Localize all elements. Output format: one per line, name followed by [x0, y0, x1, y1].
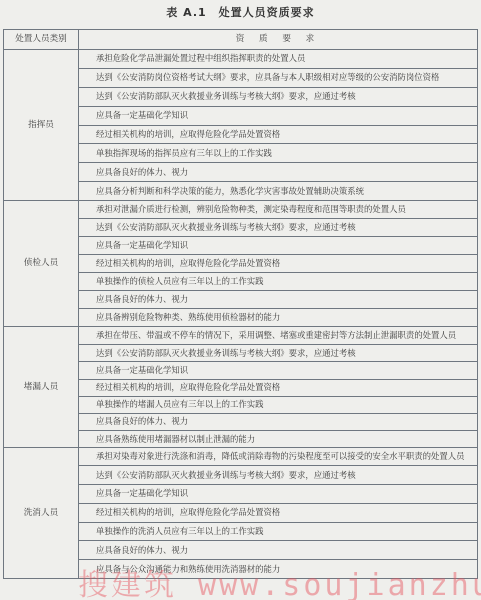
- requirement-cell: 承担在带压、带温或不停车的情况下，采用调整、堵塞或重建密封等方法制止泄漏职责的处…: [79, 327, 478, 345]
- table-header-row: 处置人员类别 资 质 要 求: [4, 30, 478, 50]
- requirement-cell: 达到《公安消防岗位资格考试大纲》要求，应具备与本人职级相对应等级的公安消防岗位资…: [79, 68, 478, 87]
- header-category: 处置人员类别: [4, 30, 79, 50]
- requirement-cell: 单独操作的堵漏人员应有三年以上的工作实践: [79, 396, 478, 413]
- group-decontamination: 洗消人员 承担对染毒对象进行洗涤和消毒，降低或消除毒物的污染程度至可以接受的安全…: [4, 448, 478, 579]
- requirement-cell: 达到《公安消防部队灭火救援业务训练与考核大纲》要求，应通过考核: [79, 345, 478, 362]
- requirement-cell: 单独指挥现场的指挥员应有三年以上的工作实践: [79, 144, 478, 163]
- requirement-cell: 应具备一定基础化学知识: [79, 485, 478, 504]
- requirement-cell: 经过相关机构的培训，应取得危险化学品处置资格: [79, 379, 478, 396]
- category-cell: 堵漏人员: [4, 327, 79, 448]
- requirement-cell: 应具备良好的体力、视力: [79, 541, 478, 560]
- requirement-cell: 承担危险化学品泄漏处置过程中组织指挥职责的处置人员: [79, 50, 478, 69]
- requirement-cell: 应具备与公众沟通能力和熟练使用洗消器材的能力: [79, 560, 478, 579]
- requirement-cell: 达到《公安消防部队灭火救援业务训练与考核大纲》要求，应通过考核: [79, 87, 478, 106]
- group-commander: 指挥员 承担危险化学品泄漏处置过程中组织指挥职责的处置人员 达到《公安消防岗位资…: [4, 50, 478, 201]
- requirement-cell: 单独操作的洗消人员应有三年以上的工作实践: [79, 522, 478, 541]
- requirement-cell: 应具备熟练使用堵漏器材以制止泄漏的能力: [79, 431, 478, 448]
- requirement-cell: 应具备良好的体力、视力: [79, 163, 478, 182]
- requirement-cell: 经过相关机构的培训，应取得危险化学品处置资格: [79, 255, 478, 273]
- requirement-cell: 应具备良好的体力、视力: [79, 291, 478, 309]
- requirement-cell: 经过相关机构的培训，应取得危险化学品处置资格: [79, 503, 478, 522]
- category-cell: 侦检人员: [4, 201, 79, 327]
- table-row: 堵漏人员 承担在带压、带温或不停车的情况下，采用调整、堵塞或重建密封等方法制止泄…: [4, 327, 478, 345]
- requirement-cell: 应具备分析判断和科学决策的能力，熟悉化学灾害事故处置辅助决策系统: [79, 182, 478, 201]
- requirement-cell: 达到《公安消防部队灭火救援业务训练与考核大纲》要求，应通过考核: [79, 466, 478, 485]
- requirement-cell: 单独操作的侦检人员应有三年以上的工作实践: [79, 273, 478, 291]
- requirement-cell: 达到《公安消防部队灭火救援业务训练与考核大纲》要求，应通过考核: [79, 219, 478, 237]
- group-plugging: 堵漏人员 承担在带压、带温或不停车的情况下，采用调整、堵塞或重建密封等方法制止泄…: [4, 327, 478, 448]
- header-requirements: 资 质 要 求: [79, 30, 478, 50]
- requirement-cell: 应具备良好的体力、视力: [79, 413, 478, 430]
- requirement-cell: 应具备一定基础化学知识: [79, 106, 478, 125]
- table-row: 指挥员 承担危险化学品泄漏处置过程中组织指挥职责的处置人员: [4, 50, 478, 69]
- requirement-cell: 承担对泄漏介质进行检测，辨别危险物种类，测定染毒程度和范围等职责的处置人员: [79, 201, 478, 219]
- requirement-cell: 经过相关机构的培训，应取得危险化学品处置资格: [79, 125, 478, 144]
- requirement-cell: 应具备一定基础化学知识: [79, 237, 478, 255]
- group-detection: 侦检人员 承担对泄漏介质进行检测，辨别危险物种类，测定染毒程度和范围等职责的处置…: [4, 201, 478, 327]
- qualification-table: 处置人员类别 资 质 要 求 指挥员 承担危险化学品泄漏处置过程中组织指挥职责的…: [3, 29, 478, 579]
- table-row: 侦检人员 承担对泄漏介质进行检测，辨别危险物种类，测定染毒程度和范围等职责的处置…: [4, 201, 478, 219]
- category-cell: 洗消人员: [4, 448, 79, 579]
- requirement-cell: 应具备辨别危险物种类、熟练使用侦检器材的能力: [79, 309, 478, 327]
- category-cell: 指挥员: [4, 50, 79, 201]
- requirement-cell: 承担对染毒对象进行洗涤和消毒，降低或消除毒物的污染程度至可以接受的安全水平职责的…: [79, 448, 478, 466]
- table-row: 洗消人员 承担对染毒对象进行洗涤和消毒，降低或消除毒物的污染程度至可以接受的安全…: [4, 448, 478, 466]
- requirement-cell: 应具备一定基础化学知识: [79, 362, 478, 379]
- table-caption: 表 A.1 处置人员资质要求: [0, 4, 481, 20]
